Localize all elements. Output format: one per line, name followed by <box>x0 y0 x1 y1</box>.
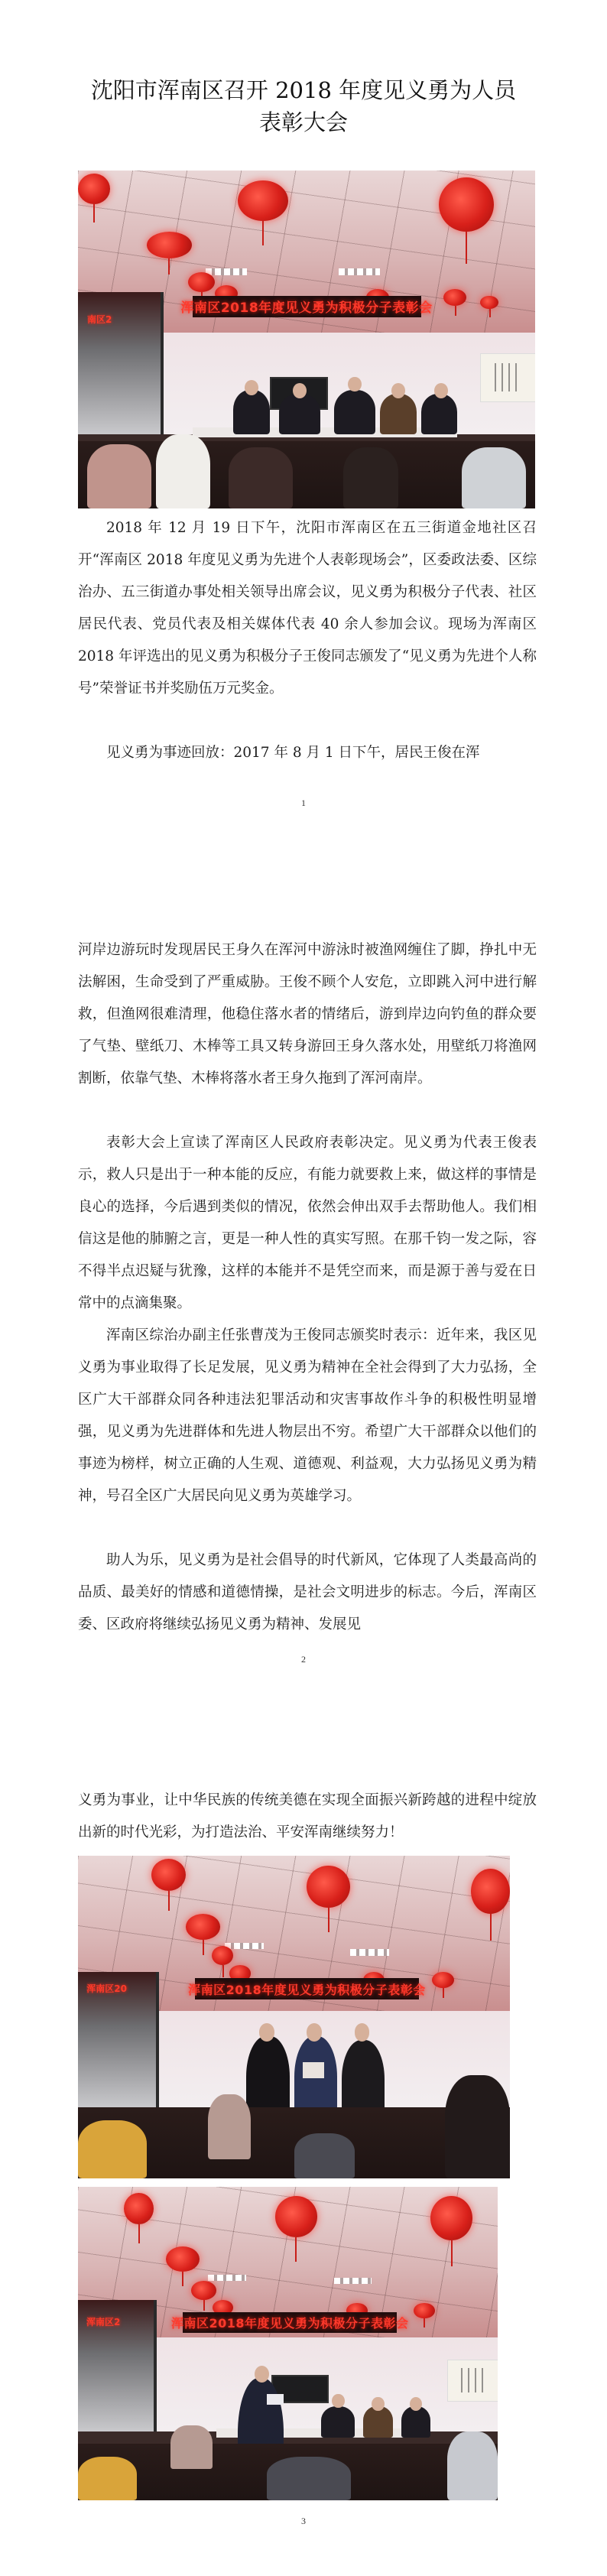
document-title-line-1: 沈阳市浑南区召开 2018 年度见义勇为人员 <box>0 74 607 106</box>
calligraphy-scroll <box>447 2360 498 2402</box>
paragraph-deed-recap-start: 见义勇为事迹回放：2017 年 8 月 1 日下午，居民王俊在浑 <box>78 737 537 769</box>
ceiling-light <box>339 268 380 275</box>
audience-member <box>462 447 526 508</box>
lantern-icon <box>238 180 288 221</box>
face <box>259 2023 274 2041</box>
official-seated <box>380 394 417 434</box>
official-seated <box>233 390 270 434</box>
lantern-icon <box>307 1866 350 1908</box>
paragraph-honoree-statement: 表彰大会上宣读了浑南区人民政府表彰决定。见义勇为代表王俊表示，救人只是出于一种本… <box>78 1127 537 1320</box>
lantern-icon <box>480 296 498 310</box>
lantern-icon <box>166 2246 200 2272</box>
paragraph-event-summary: 2018 年 12 月 19 日下午，沈阳市浑南区在五三街道金地社区召开“浑南区… <box>78 512 537 705</box>
face <box>372 2397 384 2411</box>
audience-member <box>170 2425 213 2469</box>
official-seated <box>363 2406 392 2438</box>
page-number: 1 <box>0 797 607 809</box>
audience-member <box>156 434 211 508</box>
ceiling-light <box>334 2278 372 2284</box>
official-seated <box>321 2406 355 2438</box>
photo-speech: 浑南区2 浑南区2018年度见义勇为积极分子表彰会 <box>78 2187 498 2500</box>
lantern-icon <box>439 177 494 232</box>
head-table <box>193 427 458 437</box>
ceiling-light <box>206 268 247 275</box>
lantern-icon <box>275 2196 317 2237</box>
lantern-icon <box>124 2193 153 2224</box>
audience-member <box>229 447 293 508</box>
paragraph-official-remarks: 浑南区综治办副主任张曹茂为王俊同志颁奖时表示：近年来，我区见义勇为事业取得了长足… <box>78 1320 537 1512</box>
audience-member <box>78 2457 137 2500</box>
ceiling-light <box>350 1949 389 1955</box>
audience-member <box>343 447 398 508</box>
led-banner: 浑南区2018年度见义勇为积极分子表彰会 <box>183 2312 397 2333</box>
audience-member <box>87 444 151 508</box>
lantern-icon <box>443 289 466 306</box>
lantern-icon <box>414 2303 434 2319</box>
audience-member <box>78 2120 147 2178</box>
lantern-icon <box>186 1914 220 1940</box>
honor-certificate <box>303 2062 324 2078</box>
led-banner: 浑南区2018年度见义勇为积极分子表彰会 <box>193 296 421 318</box>
audience-member <box>447 2431 498 2500</box>
paragraph-closing-start: 助人为乐，见义勇为是社会倡导的时代新风，它体现了人类最高尚的品质、最美好的情感和… <box>78 1545 537 1641</box>
lantern-icon <box>191 2281 216 2300</box>
window-led-sign: 浑南区2 <box>86 2315 145 2331</box>
window-led-sign: 浑南区20 <box>86 1982 147 1998</box>
window-led-sign: 南区2 <box>87 313 151 330</box>
lantern-icon <box>147 232 193 258</box>
photo-meeting-panel: 南区2 浑南区2018年度见义勇为积极分子表彰会 <box>78 171 535 508</box>
face <box>348 377 362 392</box>
face <box>355 2023 370 2041</box>
ceiling-light <box>208 2275 245 2281</box>
lantern-icon <box>430 2196 472 2240</box>
audience-member <box>267 2457 351 2500</box>
face <box>307 2023 322 2041</box>
face <box>245 380 258 395</box>
audience-member <box>208 2094 252 2159</box>
photo-award-presentation: 浑南区20 浑南区2018年度见义勇为积极分子表彰会 <box>78 1856 510 2178</box>
lantern-icon <box>432 1972 453 1988</box>
page-number: 2 <box>0 1654 607 1665</box>
audience-member <box>445 2075 510 2178</box>
face <box>332 2394 344 2408</box>
paragraph-deed-recap: 河岸边游玩时发现居民王身久在浑河中游泳时被渔网缠住了脚，挣扎中无法解困，生命受到… <box>78 934 537 1095</box>
official-seated <box>334 390 375 434</box>
paragraph-closing-end: 义勇为事业，让中华民族的传统美德在实现全面振兴新跨越的进程中绽放出新的时代光彩，… <box>78 1785 537 1849</box>
lantern-icon <box>471 1869 510 1914</box>
led-banner: 浑南区2018年度见义勇为积极分子表彰会 <box>195 1978 420 1999</box>
ceiling-light <box>225 1943 264 1949</box>
document-title-line-2: 表彰大会 <box>0 106 607 138</box>
lantern-icon <box>78 174 110 204</box>
speech-paper <box>267 2394 284 2405</box>
page-number: 3 <box>0 2516 607 2527</box>
official-seated <box>401 2406 430 2438</box>
calligraphy-scroll <box>480 353 535 402</box>
face <box>391 383 405 398</box>
official-seated <box>279 394 320 434</box>
audience-member <box>294 2133 355 2178</box>
face <box>255 2366 269 2383</box>
official-seated <box>421 394 458 434</box>
